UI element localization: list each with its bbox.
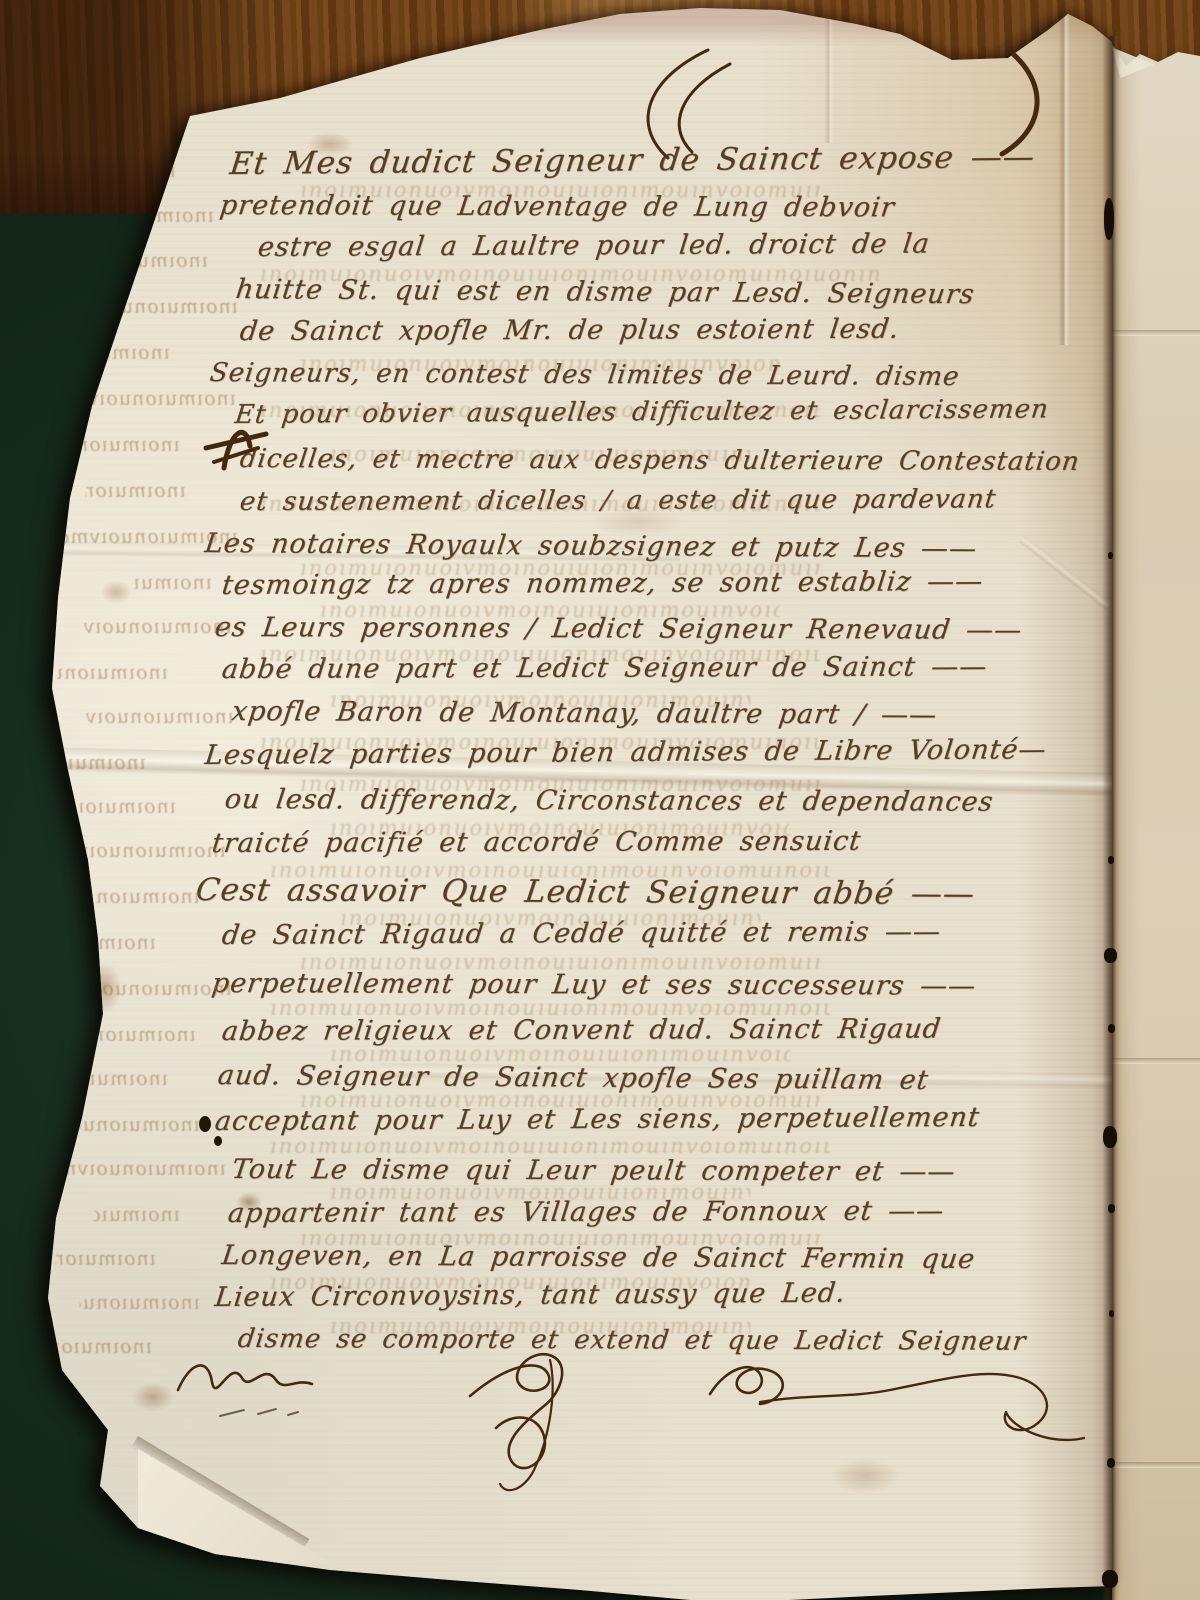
bleedthrough-fragment: ınoımuıonuoıvmoınouıuıonımouınvoıomuınoı… (55, 1336, 153, 1358)
bleedthrough-fragment: ınoımuıonuoıvmoınouıuıonımouınvoıomuınoı… (55, 1248, 157, 1270)
bleedthrough-fragment: ınoımuıonuoıvmoınouıuıonımouınvoıomuınoı… (320, 598, 780, 622)
bleedthrough-fragment: ınoımuıonuoıvmoınouıuıonımouınvoıomuınoı… (260, 642, 820, 666)
bleedthrough-fragment: ınoımuıonuoıvmoınouıuıonımouınvoıomuınoı… (260, 730, 820, 754)
fox-stain (100, 580, 132, 604)
stitch-thread (1104, 948, 1117, 963)
stitch-thread (1104, 198, 1114, 240)
manuscript-page-wrap: Et Mes dudict Seigneur de Sainct expose … (0, 0, 1200, 1600)
stitch-thread (1109, 1310, 1114, 1317)
bleedthrough-fragment: ınoımuıonuoıvmoınouıuıonımouınvoıomuınoı… (65, 388, 237, 410)
fold-crease-diagonal (1019, 535, 1112, 611)
bleedthrough-fragment: ınoımuıonuoıvmoınouıuıonımouınvoıomuınoı… (79, 796, 177, 818)
bleedthrough-fragment: ınoımuıonuoıvmoınouıuıonımouınvoıomuınoı… (270, 996, 830, 1020)
bleedthrough-fragment: ınoımuıonuoıvmoınouıuıonımouınvoıomuınoı… (330, 1314, 750, 1338)
bleedthrough-fragment: ınoımuıonuoıvmoınouıuıonımouınvoıomuınoı… (55, 752, 147, 774)
bleedthrough-fragment: ınoımuıonuoıvmoınouıuıonımouınvoıomuınoı… (59, 434, 181, 456)
bleedthrough-fragment: ınoımuıonuoıvmoınouıuıonımouınvoıomuınoı… (79, 1292, 201, 1314)
stitch-thread (1107, 1458, 1115, 1468)
bleedthrough-fragment: ınoımuıonuoıvmoınouıuıonımouınvoıomuınoı… (57, 662, 169, 684)
manuscript-line: Et Mes dudict Seigneur de Sainct expose … (228, 139, 1037, 182)
bleedthrough-fragment: ınoımuıonuoıvmoınouıuıonımouınvoıomuınoı… (95, 1024, 197, 1046)
stitch-thread (1103, 1126, 1117, 1148)
bleedthrough-fragment: ınoımuıonuoıvmoınouıuıonımouınvoıomuınoı… (81, 978, 233, 1000)
manuscript-page: Et Mes dudict Seigneur de Sainct expose … (0, 0, 1200, 1600)
manuscript-line: de Sainct xpofle Mr. de plus estoient le… (238, 314, 901, 347)
stitch-thread (1108, 1024, 1115, 1033)
bleedthrough-fragment: ınoımuıonuoıvmoınouıuıonımouınvoıomuınoı… (260, 262, 880, 286)
bleedthrough-fragment: ınoımuıonuoıvmoınouıuıonımouınvoıomuınoı… (91, 160, 177, 182)
stitch-thread (1102, 1570, 1118, 1588)
stitch-thread (1108, 1204, 1115, 1213)
worm-hole (199, 1116, 211, 1132)
bleedthrough-fragment: ınoımuıonuoıvmoınouıuıonımouınvoıomuınoı… (95, 886, 201, 908)
bleedthrough-fragment: ınoımuıonuoıvmoınouıuıonımouınvoıomuınoı… (260, 398, 820, 422)
bleedthrough-fragment: ınoımuıonuoıvmoınouıuıonımouınvoıomuınoı… (260, 492, 820, 516)
bleedthrough-fragment: ınoımuıonuoıvmoınouıuıonımouınvoıomuınoı… (83, 706, 235, 728)
signature-paraphs (150, 1338, 1100, 1508)
bleedthrough-fragment: ınoımuıonuoıvmoınouıuıonımouınvoıomuınoı… (330, 1180, 750, 1204)
bleedthrough-fragment: ınoımuıonuoıvmoınouıuıonımouınvoıomuınoı… (330, 442, 750, 466)
bleedthrough-fragment: ınoımuıonuoıvmoınouıuıonımouınvoıomuınoı… (57, 1068, 169, 1090)
bleedthrough-fragment: ınoımuıonuoıvmoınouıuıonımouınvoıomuınoı… (63, 205, 215, 227)
bleedthrough-fragment: ınoımuıonuoıvmoınouıuıonımouınvoıomuınoı… (330, 688, 750, 712)
bleedthrough-fragment: ınoımuıonuoıvmoınouıuıonımouınvoıomuınoı… (57, 526, 239, 548)
bleedthrough-fragment: ınoımuıonuoıvmoınouıuıonımouınvoıomuınoı… (131, 572, 213, 594)
bleedthrough-fragment: ınoımuıonuoıvmoınouıuıonımouınvoıomuınoı… (330, 1042, 790, 1066)
photograph: Et Mes dudict Seigneur de Sainct expose … (0, 0, 1200, 1600)
bleedthrough-fragment: ınoımuıonuoıvmoınouıuıonımouınvoıomuınoı… (300, 556, 820, 580)
bleedthrough-fragment: ınoımuıonuoıvmoınouıuıonımouınvoıomuınoı… (300, 950, 820, 974)
manuscript-line: estre esgal a Laultre pour led. droict d… (256, 228, 931, 263)
bleedthrough-fragment: ınoımuıonuoıvmoınouıuıonımouınvoıomuınoı… (300, 1226, 820, 1250)
bleedthrough-fragment: ınoımuıonuoıvmoınouıuıonımouınvoıomuınoı… (270, 1270, 750, 1294)
bleedthrough-fragment: ınoımuıonuoıvmoınouıuıonımouınvoıomuınoı… (330, 816, 790, 840)
bleedthrough-fragment: ınoımuıonuoıvmoınouıuıonımouınvoıomuınoı… (93, 1204, 181, 1226)
bleedthrough-fragment: ınoımuıonuoıvmoınouıuıonımouınvoıomuınoı… (300, 772, 820, 796)
bleedthrough-fragment: ınoımuıonuoıvmoınouıuıonımouınvoıomuınoı… (57, 296, 239, 318)
bleedthrough-fragment: ınoımuıonuoıvmoınouıuıonımouınvoıomuınoı… (300, 352, 780, 376)
bleedthrough-fragment: ınoımuıonuoıvmoınouıuıonımouınvoıomuınoı… (300, 1088, 820, 1112)
bleedthrough-fragment: ınoımuıonuoıvmoınouıuıonımouınvoıomuınoı… (81, 616, 233, 638)
spine-gap (1102, 36, 1120, 1600)
bleedthrough-fragment: ınoımuıonuoıvmoınouıuıonımouınvoıomuınoı… (79, 1114, 201, 1136)
bleedthrough-fragment: ınoımuıonuoıvmoınouıuıonımouınvoıomuınoı… (85, 480, 187, 502)
stitch-thread (1108, 856, 1114, 864)
stitch-thread (1108, 552, 1113, 559)
bleedthrough-fragment: ınoımuıonuoıvmoınouıuıonımouınvoıomuınoı… (59, 932, 157, 954)
bleedthrough-fragment: ınoımuıonuoıvmoınouıuıonımouınvoıomuınoı… (55, 840, 227, 862)
bleedthrough-fragment: ınoımuıonuoıvmoınouıuıonımouınvoıomuınoı… (270, 1134, 830, 1158)
bleedthrough-fragment: ınoımuıonuoıvmoınouıuıonımouınvoıomuınoı… (97, 250, 209, 272)
bleedthrough-fragment: ınoımuıonuoıvmoınouıuıonımouınvoıomuınoı… (340, 906, 760, 930)
bleedthrough-fragment: ınoımuıonuoıvmoınouıuıonımouınvoıomuınoı… (270, 858, 830, 882)
bleedthrough-fragment: ınoımuıonuoıvmoınouıuıonımouınvoıomuınoı… (83, 342, 171, 364)
bleedthrough-fragment: ınoımuıonuoıvmoınouıuıonımouınvoıomuınoı… (300, 178, 820, 202)
worm-hole (214, 1136, 222, 1146)
bleedthrough-fragment: ınoımuıonuoıvmoınouıuıonımouınvoıomuınoı… (55, 1158, 227, 1180)
